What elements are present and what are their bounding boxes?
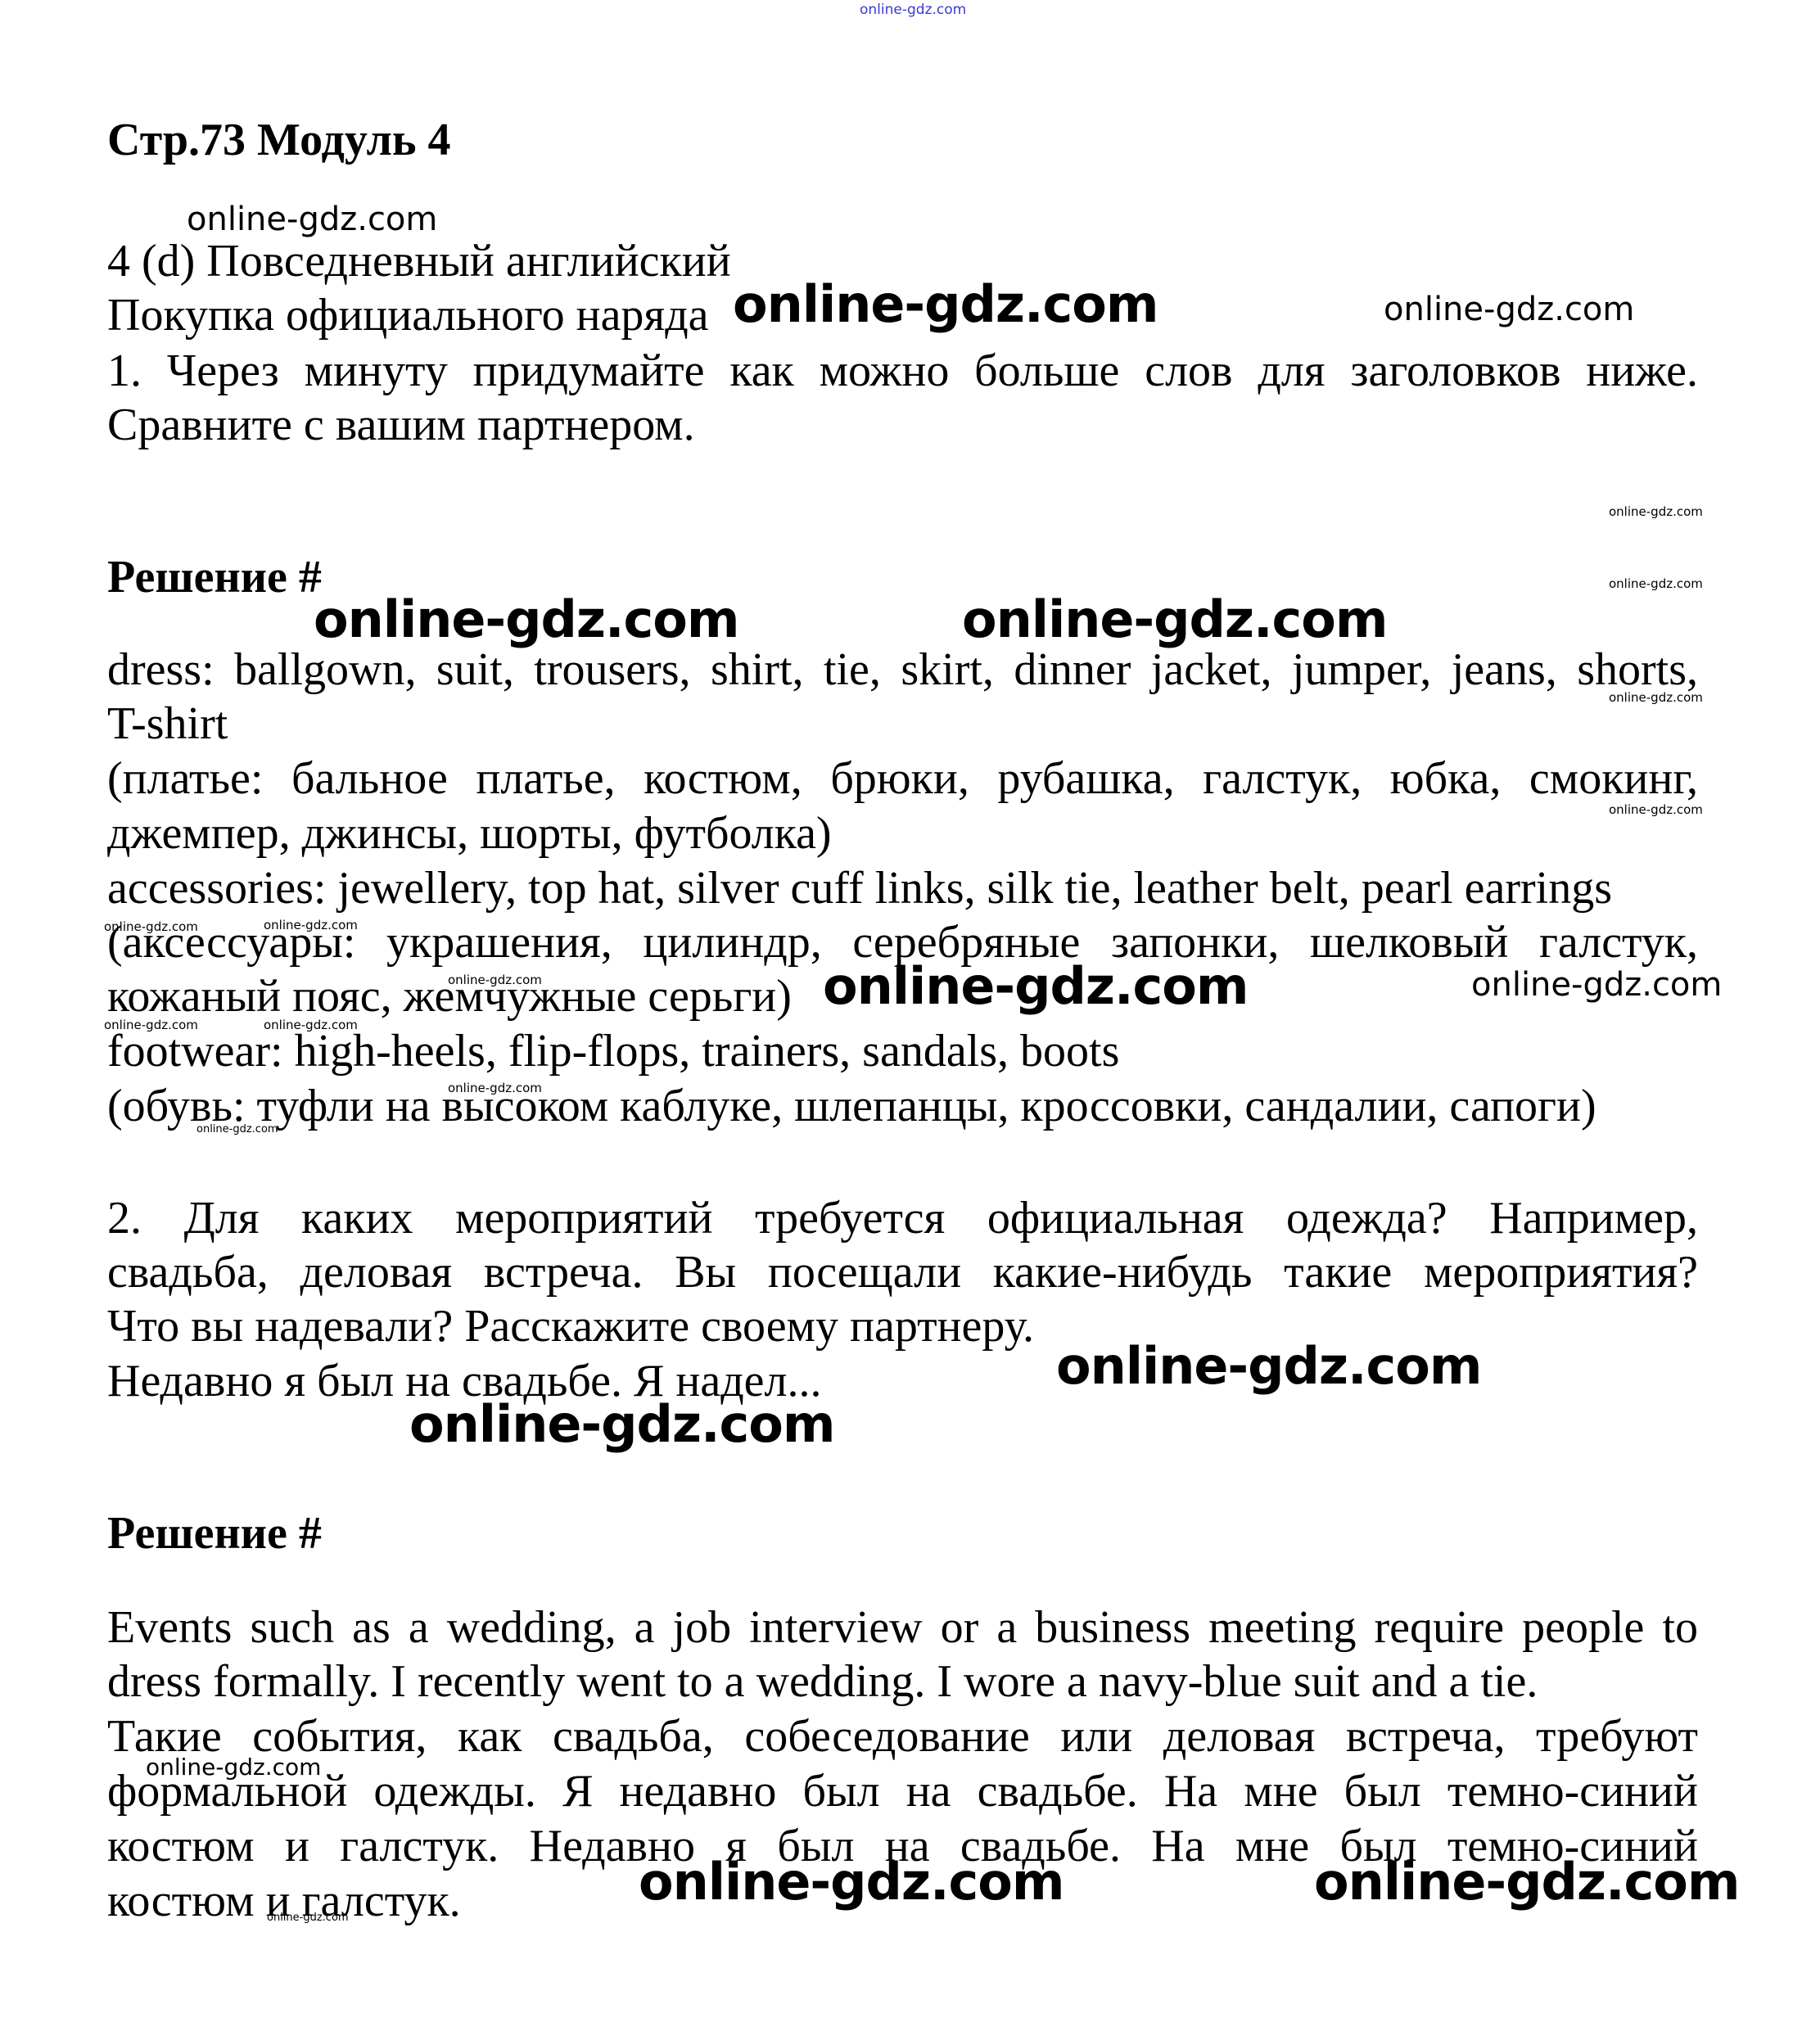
watermark: online-gdz.com <box>1384 291 1634 328</box>
watermark: online-gdz.com <box>733 274 1158 334</box>
answer1-line: footwear: high-heels, flip-flops, traine… <box>107 1024 1698 1078</box>
watermark: online-gdz.com <box>1471 966 1722 1004</box>
task2-line: 2. Для каких мероприятий требуется офици… <box>107 1191 1698 1245</box>
answer1-line: (обувь: туфли на высоком каблуке, шлепан… <box>107 1079 1698 1133</box>
answer2-line: Такие события, как свадьба, собеседовани… <box>107 1709 1698 1763</box>
answer2-line: dress formally. I recently went to a wed… <box>107 1655 1698 1709</box>
task1-line: 1. Через минуту придумайте как можно бол… <box>107 344 1698 398</box>
watermark: online-gdz.com <box>962 589 1388 649</box>
answer2-line: формальной одежды. Я недавно был на свад… <box>107 1764 1698 1818</box>
watermark: online-gdz.com <box>314 589 739 649</box>
watermark: online-gdz.com <box>1609 576 1703 591</box>
answer1-line: dress: ballgown, suit, trousers, shirt, … <box>107 643 1698 697</box>
watermark: online-gdz.com <box>187 201 437 238</box>
watermark-top: online-gdz.com <box>860 2 966 18</box>
answer1-line: (платье: бальное платье, костюм, брюки, … <box>107 752 1698 806</box>
answer1-line: T-shirt <box>107 697 1698 751</box>
answer1-line: accessories: jewellery, top hat, silver … <box>107 861 1698 915</box>
watermark: online-gdz.com <box>1314 1852 1740 1912</box>
task2-line: свадьба, деловая встреча. Вы посещали ка… <box>107 1245 1698 1299</box>
watermark: online-gdz.com <box>823 956 1249 1016</box>
watermark: online-gdz.com <box>409 1394 835 1454</box>
watermark: online-gdz.com <box>639 1852 1064 1912</box>
watermark: online-gdz.com <box>196 1123 278 1135</box>
solution-label-2: Решение # <box>107 1506 1698 1560</box>
watermark: online-gdz.com <box>267 1912 349 1924</box>
task2-line: Недавно я был на свадьбе. Я надел... <box>107 1354 1698 1408</box>
task1-line: Сравните с вашим партнером. <box>107 398 1698 452</box>
watermark: online-gdz.com <box>1609 504 1703 519</box>
answer2-line: Events such as a wedding, a job intervie… <box>107 1600 1698 1655</box>
page-heading: Стр.73 Модуль 4 <box>107 113 1698 167</box>
answer1-line: джемпер, джинсы, шорты, футболка) <box>107 806 1698 860</box>
